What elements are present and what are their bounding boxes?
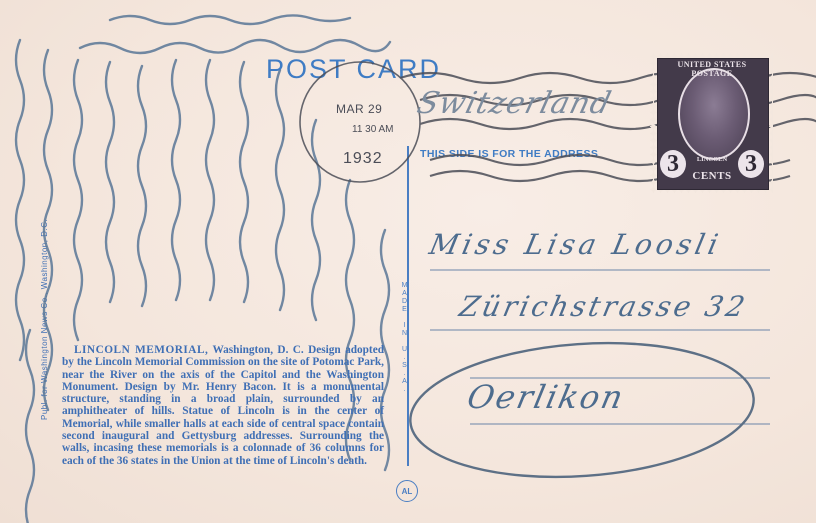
postcard-back: Publ. for Washington News Co., Washingto… [0,0,816,523]
stamp-unit: CENTS [688,170,736,182]
stamp-denomination-left: 3 [660,150,686,178]
postmark-time: 11 30 AM [352,124,394,135]
address-city: Oerlikon [464,378,628,416]
publisher-imprint: Publ. for Washington News Co., Washingto… [40,120,49,420]
caption: LINCOLN MEMORIAL, Washington, D. C. Desi… [62,344,384,467]
address-name: Miss Lisa Loosli [426,228,724,261]
caption-body: Washington, D. C. Design adopted by the … [62,344,384,467]
address-street: Zürichstrasse 32 [456,290,750,323]
divider-text: MADE IN U.S.A. [401,282,408,394]
union-label-text: AL [402,487,413,496]
stamp-name: LINCOLN [690,156,734,163]
postmark-year: 1932 [343,150,383,168]
caption-title: LINCOLN MEMORIAL, [74,344,208,356]
postmark-date: MAR 29 [336,102,382,116]
stamp-top-text: UNITED STATES POSTAGE [660,60,764,78]
address-side-note: THIS SIDE IS FOR THE ADDRESS [420,148,598,160]
address-country: Switzerland [414,86,616,121]
lincoln-portrait-icon [678,68,750,160]
post-card-title: POST CARD [266,54,441,85]
union-label-icon: AL [396,480,418,502]
stamp-denomination-right: 3 [738,150,764,178]
